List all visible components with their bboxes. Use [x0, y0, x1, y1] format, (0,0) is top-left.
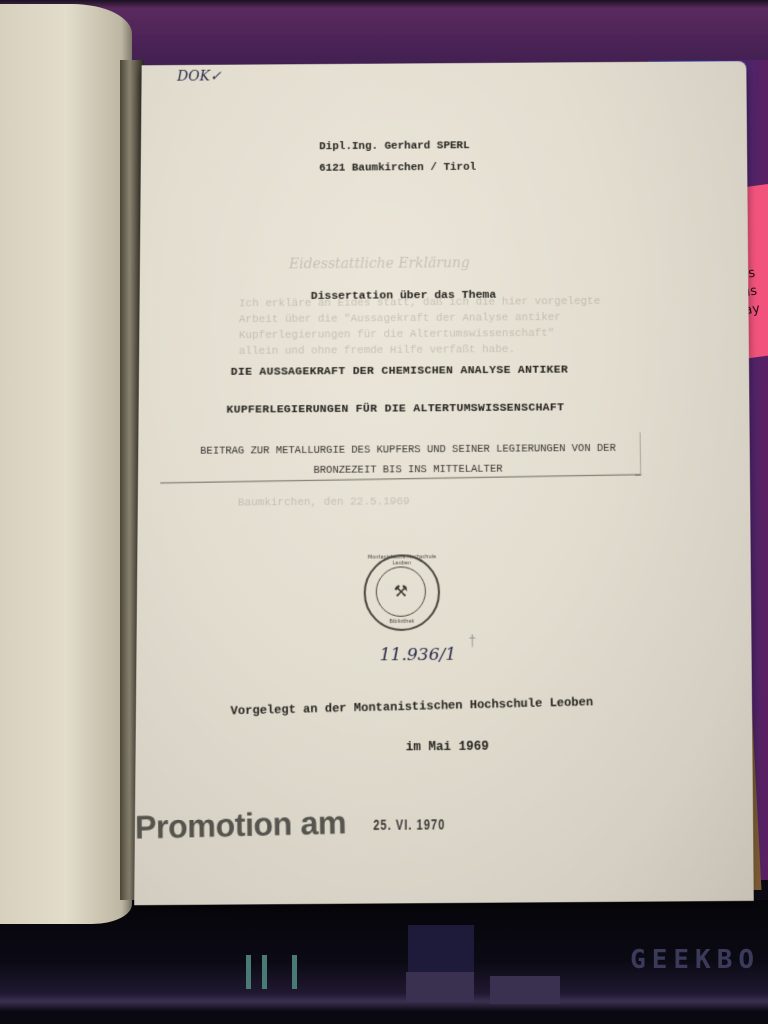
library-stamp: Montanistische Hochschule Leoben ⚒ Bibli…	[364, 554, 440, 631]
bleedthrough-date: Baumkirchen, den 22.5.1969	[238, 496, 410, 509]
left-page	[0, 4, 132, 924]
title-line-1: DIE AUSSAGEKRAFT DER CHEMISCHEN ANALYSE …	[231, 364, 568, 379]
stamp-bottom-text: Bibliothek	[366, 619, 438, 626]
author-name: Dipl.Ing. Gerhard SPERL	[319, 135, 476, 158]
author-block: Dipl.Ing. Gerhard SPERL 6121 Baumkirchen…	[319, 135, 476, 179]
mat-brand-text: GEEKBO	[630, 945, 760, 975]
pencil-mark: †	[468, 634, 476, 650]
mat-stripe	[262, 955, 267, 989]
stamp-ring-text: Montanistische Hochschule Leoben	[366, 554, 438, 567]
bleedthrough-line: allein und ohne fremde Hilfe verfaßt hab…	[239, 341, 601, 359]
subtitle-line-1: BEITRAG ZUR METALLURGIE DES KUPFERS UND …	[178, 439, 638, 462]
bleedthrough-heading: Eidesstattliche Erklärung	[289, 255, 470, 272]
title-line-2: KUPFERLEGIERUNGEN FÜR DIE ALTERTUMSWISSE…	[226, 401, 564, 416]
mat-stripe	[292, 955, 297, 989]
author-address: 6121 Baumkirchen / Tirol	[319, 157, 476, 180]
dissertation-intro: Dissertation über das Thema	[311, 289, 496, 303]
bleedthrough-paragraph: Ich erkläre an Eides statt, daß ich die …	[239, 294, 601, 360]
submitted-date: im Mai 1969	[406, 740, 489, 755]
bleedthrough-line: Kupferlegierungen für die Altertumswisse…	[239, 326, 601, 344]
hammer-pick-icon: ⚒	[376, 566, 426, 617]
subtitle: BEITRAG ZUR METALLURGIE DES KUPFERS UND …	[178, 439, 638, 482]
handwritten-annotation: DOK✓	[177, 69, 221, 85]
shelfmark: 11.936/1	[380, 645, 456, 666]
mat-stripe	[246, 955, 251, 989]
mat-block	[406, 972, 474, 1002]
title-page: DOK✓ Dipl.Ing. Gerhard SPERL 6121 Baumki…	[134, 61, 754, 905]
promotion-stamp-label: Promotion am	[135, 804, 347, 847]
submitted-line: Vorgelegt an der Montanistischen Hochsch…	[231, 695, 594, 718]
mat-block	[490, 976, 560, 1004]
promotion-date: 25. VI. 1970	[373, 817, 445, 835]
subtitle-line-2: BRONZEZEIT BIS INS MITTELALTER	[178, 459, 638, 482]
